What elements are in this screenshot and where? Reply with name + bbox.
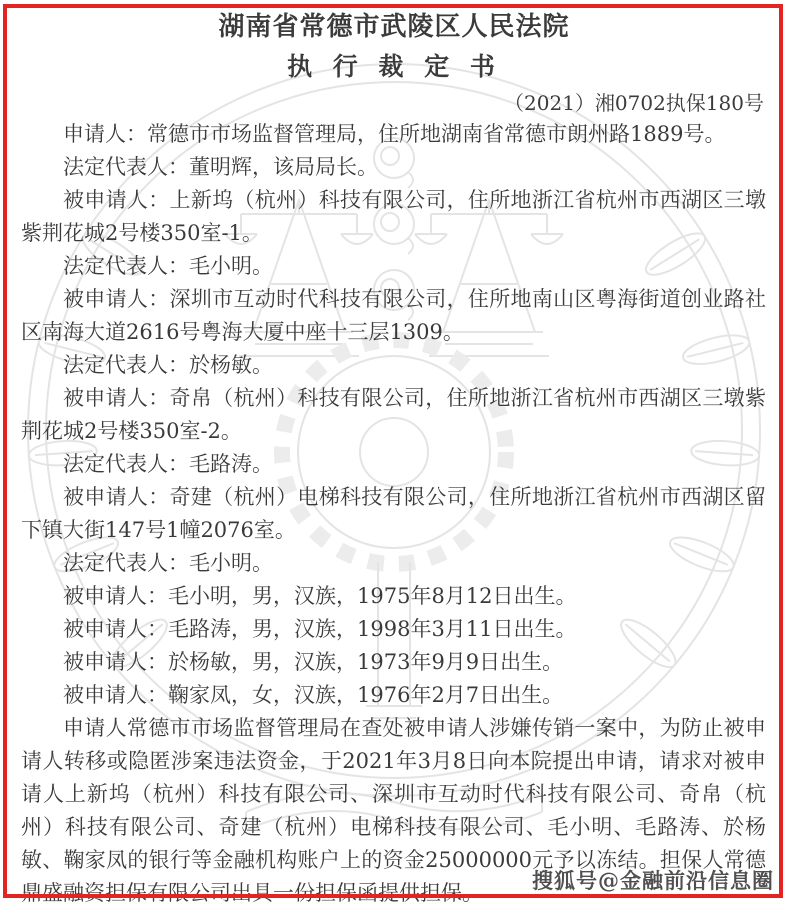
body-paragraph-respondent: 被申请人：鞠家凤，女，汉族，1976年2月7日出生。 — [21, 679, 766, 712]
body-paragraph-respondent: 被申请人：於杨敏，男，汉族，1973年9月9日出生。 — [21, 646, 766, 679]
body-paragraph-respondent: 被申请人：毛小明，男，汉族，1975年8月12日出生。 — [21, 580, 766, 613]
court-name-title: 湖南省常德市武陵区人民法院 — [0, 0, 788, 42]
body-paragraph-legal-rep: 法定代表人：毛小明。 — [21, 250, 766, 283]
body-paragraph-legal-rep: 法定代表人：毛路涛。 — [21, 448, 766, 481]
court-document-page: 湖南省常德市武陵区人民法院 执 行 裁 定 书 （2021）湘0702执保180… — [0, 0, 788, 904]
body-paragraph-legal-rep: 法定代表人：毛小明。 — [21, 547, 766, 580]
document-body: 申请人：常德市市场监督管理局，住所地湖南省常德市朗州路1889号。 法定代表人：… — [21, 118, 766, 904]
body-paragraph-legal-rep: 法定代表人：董明辉，该局局长。 — [21, 151, 766, 184]
publisher-watermark: 搜狐号@金融前沿信息圈 — [532, 865, 774, 895]
case-number: （2021）湘0702执保180号 — [0, 90, 788, 116]
document-content: 湖南省常德市武陵区人民法院 执 行 裁 定 书 （2021）湘0702执保180… — [0, 0, 788, 904]
document-type-title: 执 行 裁 定 书 — [0, 42, 788, 82]
body-paragraph-respondent: 被申请人：奇建（杭州）电梯科技有限公司，住所地浙江省杭州市西湖区留下镇大街147… — [21, 481, 766, 547]
body-paragraph-respondent: 被申请人：奇帛（杭州）科技有限公司，住所地浙江省杭州市西湖区三墩紫荆花城2号楼3… — [21, 382, 766, 448]
body-paragraph-applicant: 申请人：常德市市场监督管理局，住所地湖南省常德市朗州路1889号。 — [21, 118, 766, 151]
body-paragraph-respondent: 被申请人：毛路涛，男，汉族，1998年3月11日出生。 — [21, 613, 766, 646]
body-paragraph-respondent: 被申请人：上新坞（杭州）科技有限公司，住所地浙江省杭州市西湖区三墩紫荆花城2号楼… — [21, 184, 766, 250]
body-paragraph-legal-rep: 法定代表人：於杨敏。 — [21, 349, 766, 382]
body-paragraph-respondent: 被申请人：深圳市互动时代科技有限公司，住所地南山区粤海街道创业路社区南海大道26… — [21, 283, 766, 349]
